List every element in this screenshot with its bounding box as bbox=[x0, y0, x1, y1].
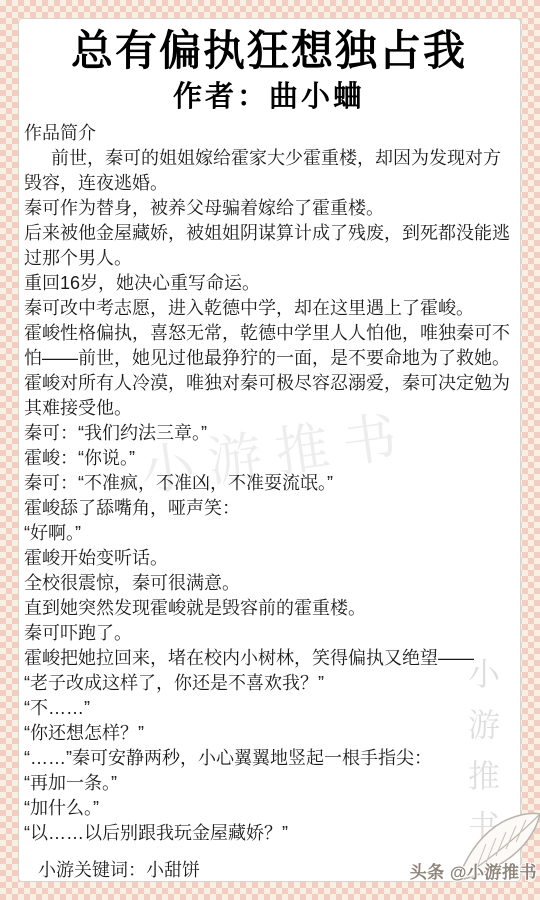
dialogue-line: “不……” bbox=[24, 696, 514, 721]
dialogue-line: 秦可：“我们约法三章。” bbox=[24, 421, 514, 446]
synopsis-content: 总有偏执狂想独占我 作者：曲小蛐 作品简介 前世，秦可的姐姐嫁给霍家大少霍重楼，… bbox=[19, 25, 520, 882]
synopsis-paragraph: 霍峻舔了舔嘴角，哑声笑： bbox=[24, 496, 514, 521]
dialogue-line: 秦可：“不准疯，不准凶，不准耍流氓。” bbox=[24, 471, 514, 496]
section-label: 作品简介 bbox=[24, 121, 514, 146]
synopsis-paragraph: 直到她突然发现霍峻就是毁容前的霍重楼。 bbox=[24, 596, 514, 621]
dialogue-line: “再加一条。” bbox=[24, 771, 514, 796]
dialogue-line: 霍峻：“你说。” bbox=[24, 446, 514, 471]
synopsis-paragraph: 重回16岁，她决心重写命运。 bbox=[24, 271, 514, 296]
synopsis-paragraph: 前世，秦可的姐姐嫁给霍家大少霍重楼，却因为发现对方毁容，连夜逃婚。 bbox=[24, 146, 514, 196]
synopsis-paragraph: 霍峻对所有人冷漠，唯独对秦可极尽容忍溺爱，秦可决定勉为其难接受他。 bbox=[24, 371, 514, 421]
synopsis-paragraph: 全校很震惊，秦可很满意。 bbox=[24, 571, 514, 596]
synopsis-paragraph: 霍峻把她拉回来，堵在校内小树林，笑得偏执又绝望—— bbox=[24, 646, 514, 671]
synopsis-block: 作品简介 前世，秦可的姐姐嫁给霍家大少霍重楼，却因为发现对方毁容，连夜逃婚。 秦… bbox=[24, 121, 514, 846]
dialogue-line: “好啊。” bbox=[24, 521, 514, 546]
synopsis-paragraph: 霍峻性格偏执，喜怒无常，乾德中学里人人怕他，唯独秦可不怕——前世，她见过他最狰狞… bbox=[24, 321, 514, 371]
content-card: 小游推书 小游推书 总有偏执狂想独占我 作者：曲小蛐 作品简介 前世，秦可的姐姐… bbox=[18, 18, 521, 882]
dialogue-line: “老子改成这样了，你还是不喜欢我？” bbox=[24, 671, 514, 696]
channel-watermark: 头条 @小游推书 bbox=[410, 810, 540, 900]
synopsis-paragraph: 后来被他金屋藏娇，被姐姐阴谋算计成了残废，到死都没能逃过那个男人。 bbox=[24, 221, 514, 271]
dialogue-line: “你还想怎样？” bbox=[24, 721, 514, 746]
synopsis-paragraph: 秦可作为替身，被养父母骗着嫁给了霍重楼。 bbox=[24, 196, 514, 221]
author-line: 作者：曲小蛐 bbox=[24, 79, 514, 115]
channel-badge: 头条 @小游推书 bbox=[410, 858, 537, 883]
synopsis-paragraph: 霍峻开始变听话。 bbox=[24, 546, 514, 571]
pattern-background: 小游推书 小游推书 总有偏执狂想独占我 作者：曲小蛐 作品简介 前世，秦可的姐姐… bbox=[0, 0, 540, 900]
dialogue-line: “……”秦可安静两秒，小心翼翼地竖起一根手指尖： bbox=[24, 746, 514, 771]
synopsis-paragraph: 秦可改中考志愿，进入乾德中学，却在这里遇上了霍峻。 bbox=[24, 296, 514, 321]
book-title: 总有偏执狂想独占我 bbox=[24, 25, 514, 77]
synopsis-paragraph: 秦可吓跑了。 bbox=[24, 621, 514, 646]
